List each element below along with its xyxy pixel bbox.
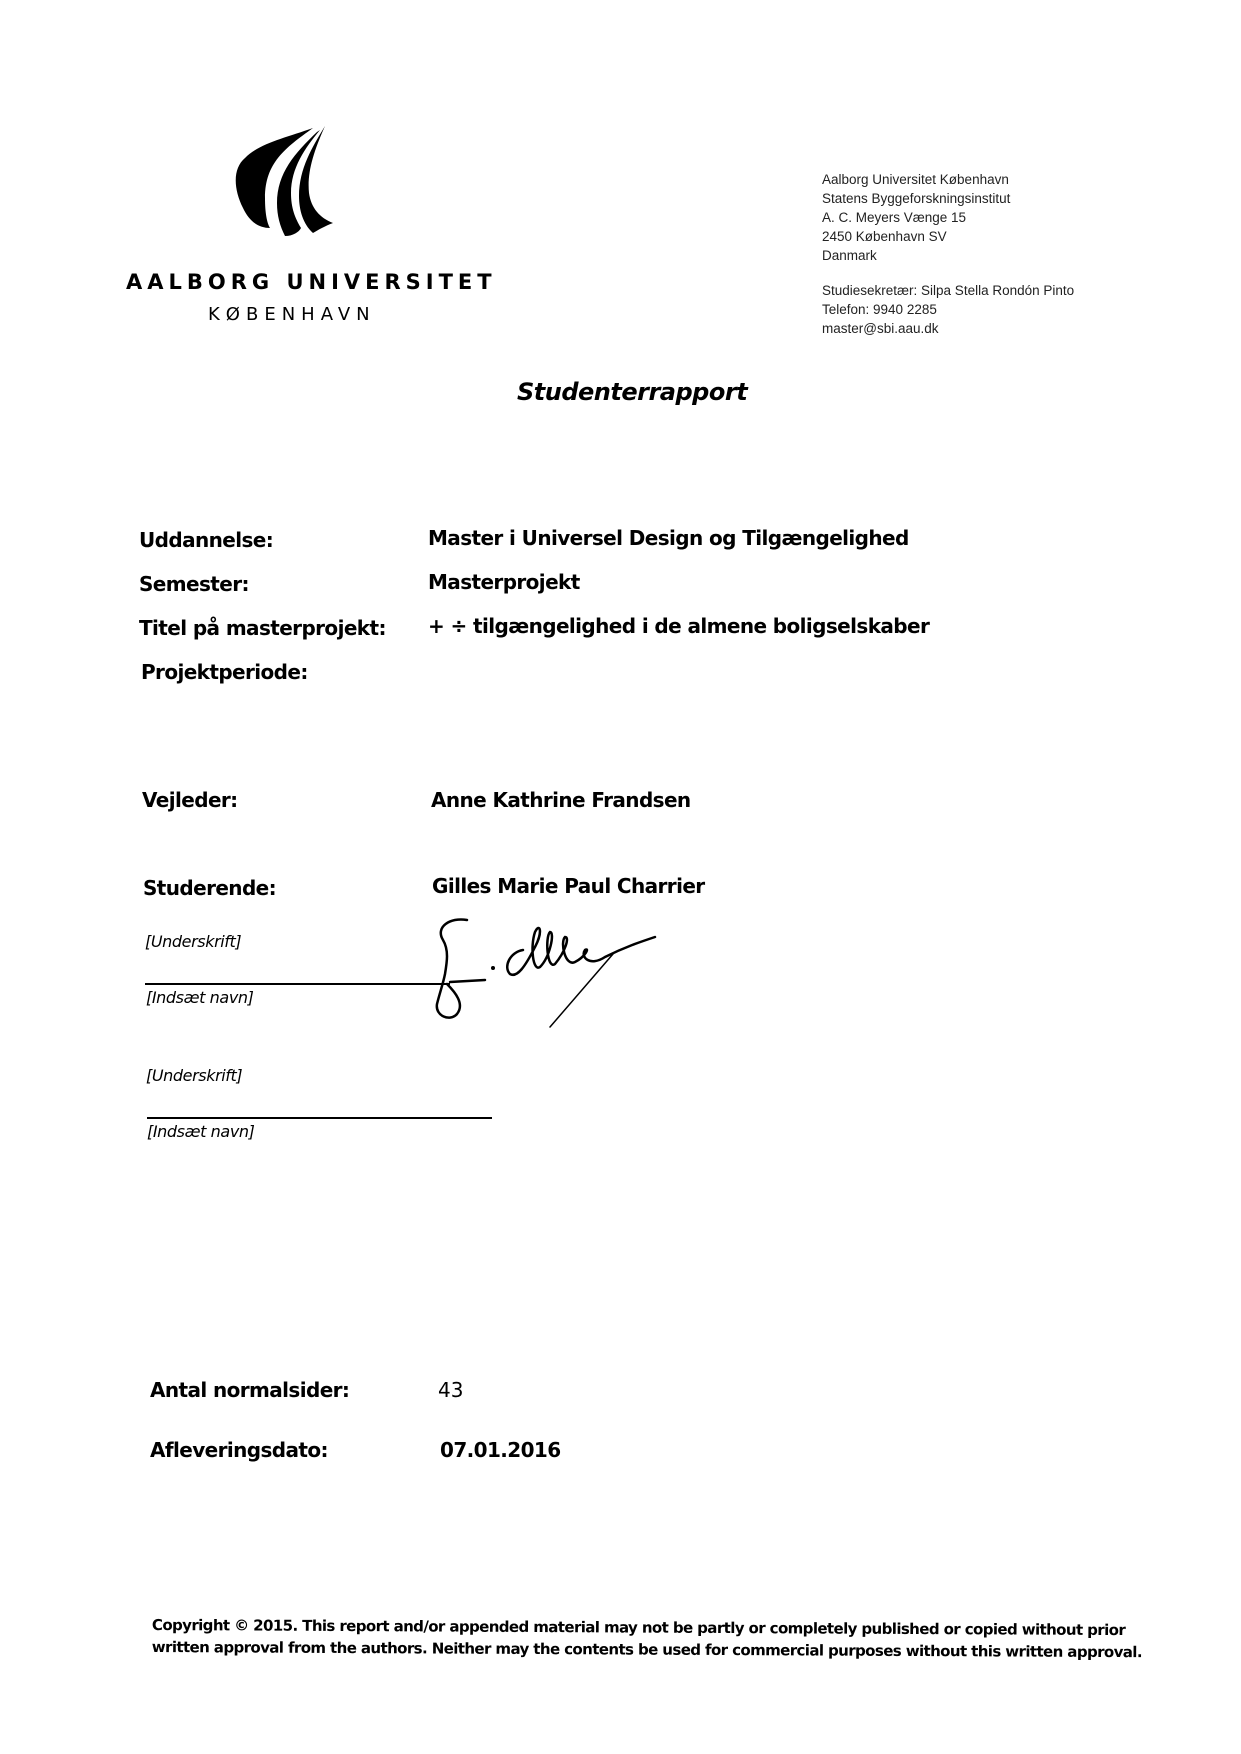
field-label-semester: Semester: (139, 572, 249, 596)
address-line: 2450 København SV (822, 227, 1074, 246)
supervisor-label: Vejleder: (142, 788, 238, 812)
field-value-education: Master i Universel Design og Tilgængelig… (428, 526, 909, 550)
name-placeholder: [Indsæt navn] (146, 988, 253, 1007)
handwritten-signature (425, 912, 685, 1047)
copyright-notice: Copyright © 2015. This report and/or app… (152, 1614, 1152, 1663)
field-label-education: Uddannelse: (139, 528, 273, 552)
name-placeholder: [Indsæt navn] (147, 1122, 254, 1141)
student-label: Studerende: (143, 876, 276, 900)
university-name: AALBORG UNIVERSITET (126, 270, 497, 294)
signature-placeholder: [Underskrift] (146, 1066, 242, 1085)
address-line: Statens Byggeforskningsinstitut (822, 189, 1074, 208)
signature-line (147, 1117, 492, 1119)
field-label-project-period: Projektperiode: (141, 660, 308, 684)
pages-value: 43 (438, 1378, 463, 1402)
report-title: Studenterrapport (517, 378, 747, 406)
address-block: Aalborg Universitet København Statens By… (822, 170, 1074, 338)
field-value-project-title: + ÷ tilgængelighed i de almene boligsels… (428, 614, 929, 638)
address-line: A. C. Meyers Vænge 15 (822, 208, 1074, 227)
student-name: Gilles Marie Paul Charrier (432, 874, 705, 898)
university-city: KØBENHAVN (208, 304, 376, 325)
contact-phone: Telefon: 9940 2285 (822, 300, 1074, 319)
field-label-project-title: Titel på masterprojekt: (139, 616, 386, 640)
pages-label: Antal normalsider: (150, 1378, 349, 1402)
address-line: Aalborg Universitet København (822, 170, 1074, 189)
delivery-date-value: 07.01.2016 (440, 1438, 561, 1462)
copyright-line-2: written approval from the authors. Neith… (152, 1636, 1152, 1663)
signature-line (145, 983, 450, 985)
contact-email: master@sbi.aau.dk (822, 319, 1074, 338)
supervisor-name: Anne Kathrine Frandsen (431, 788, 691, 812)
address-line: Danmark (822, 246, 1074, 265)
aau-wave-logo-icon (225, 118, 335, 238)
contact-secretary: Studiesekretær: Silpa Stella Rondón Pint… (822, 281, 1074, 300)
delivery-date-label: Afleveringsdato: (150, 1438, 328, 1462)
field-value-semester: Masterprojekt (428, 570, 580, 594)
signature-placeholder: [Underskrift] (145, 932, 241, 951)
